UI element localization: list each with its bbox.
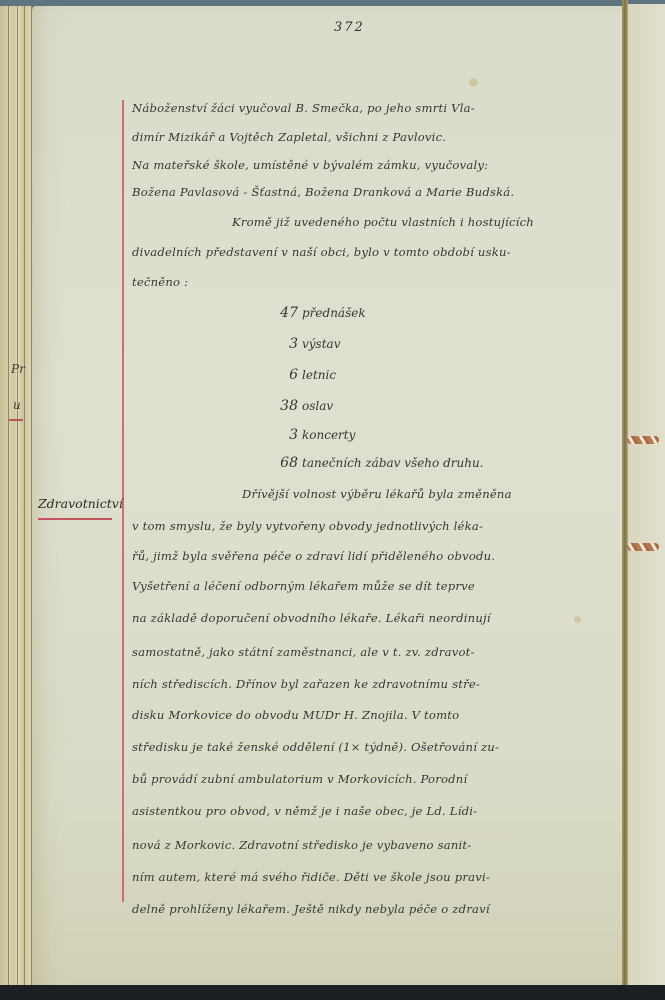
text-line: divadelních představení v naší obci, byl…: [132, 245, 511, 259]
text-line: Vyšetření a léčení odborným lékařem může…: [132, 579, 475, 593]
statistic-label: koncerty: [302, 428, 355, 442]
text-line: tečněno :: [132, 275, 188, 289]
left-page-fragment: u: [13, 398, 21, 412]
paper-stain: [469, 78, 478, 87]
background-bottom: [0, 985, 665, 1000]
binding-string: [627, 543, 659, 551]
text-line: Dřívější volnost výběru lékařů byla změn…: [242, 487, 512, 501]
next-page-edge: [628, 4, 665, 988]
page-number: 372: [334, 20, 365, 35]
section-heading-underline: [38, 518, 112, 520]
text-line: nová z Morkovic. Zdravotní středisko je …: [132, 838, 471, 852]
text-line: Božena Pavlasová - Šťastná, Božena Drank…: [132, 185, 514, 199]
statistic-count: 3: [272, 336, 298, 352]
statistic-count: 3: [272, 427, 298, 443]
statistic-label: přednášek: [302, 306, 366, 320]
statistic-item: 3výstav: [272, 336, 340, 352]
paper-stain: [574, 616, 581, 623]
text-line: asistentkou pro obvod, v němž je i naše …: [132, 804, 477, 818]
text-line: řů, jimž byla svěřena péče o zdraví lidí…: [132, 549, 495, 563]
statistic-count: 68: [272, 455, 298, 471]
text-line: ních střediscích. Dřínov byl zařazen ke …: [132, 677, 480, 691]
scanned-book-spread: Pr u 372 Náboženství žáci vyučoval B. Sm…: [0, 0, 665, 1000]
statistic-label: oslav: [302, 399, 333, 413]
text-line: ním autem, které má svého řidiče. Děti v…: [132, 870, 490, 884]
text-line: Náboženství žáci vyučoval B. Smečka, po …: [132, 101, 475, 115]
text-line: v tom smyslu, že byly vytvořeny obvody j…: [132, 519, 483, 533]
text-line: bů provádí zubní ambulatorium v Morkovic…: [132, 772, 467, 786]
statistic-item: 6letnic: [272, 367, 336, 383]
text-line: samostatně, jako státní zaměstnanci, ale…: [132, 645, 475, 659]
text-line: disku Morkovice do obvodu MUDr H. Znojil…: [132, 708, 459, 722]
text-line: dimír Mizikář a Vojtěch Zapletal, všichn…: [132, 130, 446, 144]
statistic-count: 38: [272, 398, 298, 414]
text-line: delně prohlíženy lékařem. Ještě nikdy ne…: [132, 902, 490, 916]
statistic-item: 68tanečních zábav všeho druhu.: [272, 455, 484, 471]
text-line: na základě doporučení obvodního lékaře. …: [132, 611, 491, 625]
statistic-count: 47: [272, 305, 298, 321]
text-line: středisku je také ženské oddělení (1× tý…: [132, 740, 499, 754]
text-line: Na mateřské škole, umístěné v bývalém zá…: [132, 158, 488, 172]
statistic-label: letnic: [302, 368, 336, 382]
statistic-label: výstav: [302, 337, 340, 351]
statistic-item: 47přednášek: [272, 305, 366, 321]
section-heading-healthcare: Zdravotnictví: [38, 496, 123, 511]
previous-page-edges: [0, 6, 32, 990]
page-edge: [8, 6, 9, 990]
statistic-item: 38oslav: [272, 398, 333, 414]
statistic-count: 6: [272, 367, 298, 383]
text-line: Kromě již uvedeného počtu vlastních i ho…: [232, 215, 534, 229]
statistic-label: tanečních zábav všeho druhu.: [302, 456, 484, 470]
statistic-item: 3koncerty: [272, 427, 355, 443]
binding-string: [627, 436, 659, 444]
page-edge: [24, 6, 25, 990]
page-edge: [17, 6, 18, 990]
left-page-underline: [9, 419, 23, 421]
left-page-fragment: Pr: [11, 362, 25, 376]
